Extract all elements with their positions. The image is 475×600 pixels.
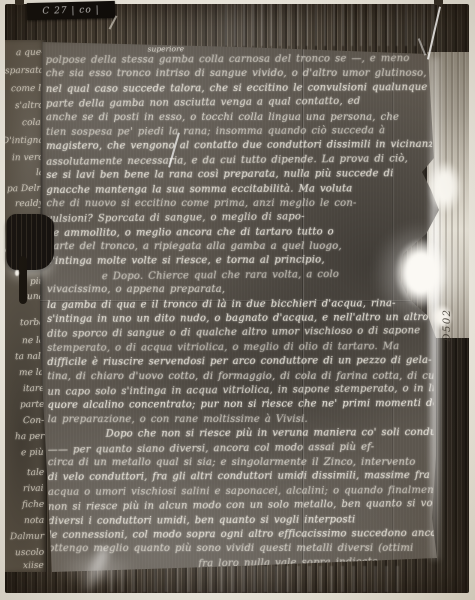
margin-fragment: uscolo (15, 548, 44, 559)
label-scribble: C 27 | co | (42, 5, 100, 16)
margin-fragment: parte (20, 400, 45, 410)
margin-fragment: ta nal. (15, 352, 44, 363)
mat-highlight-bottom (110, 566, 400, 592)
torn-sliver-left (19, 256, 27, 304)
torn-hole-left (6, 214, 54, 270)
margin-fragment: cola- (22, 118, 44, 128)
margin-fragment: come li (11, 84, 44, 95)
mat-highlight-top (225, 4, 440, 46)
manuscript-line: la preparazione, o con rane moltissime à… (48, 413, 434, 428)
margin-fragment: a que- (16, 48, 44, 58)
manuscript-line: circa di un metallo qual si sia; e singo… (48, 456, 434, 471)
tear-flare-upper (428, 160, 462, 214)
border-notch-left (15, 0, 24, 5)
manuscript-line: difficile è riuscire servendosi per arco… (47, 354, 433, 370)
margin-fragment: realdy (15, 199, 44, 209)
margin-fragment: rivai (23, 484, 44, 494)
manuscript-line: che sia esso tronco intriso di sangue vi… (46, 67, 432, 82)
manuscript-line: ne ammollito, o meglio ancora che di tar… (47, 225, 433, 241)
manuscript-photograph: a que- sparsata come li s'altro cola- D'… (0, 0, 475, 600)
border-notch-right (434, 0, 443, 5)
margin-fragment: pa Delri (7, 184, 44, 195)
margin-fragment: Con- (23, 416, 44, 426)
left-margin-strip: a que- sparsata come li s'altro cola- D'… (5, 40, 46, 572)
catalog-number: D502 (424, 307, 470, 343)
margin-fragment: ha per (14, 432, 44, 443)
margin-fragment: Dalmur (10, 532, 44, 543)
flare-dot (15, 270, 19, 276)
margin-fragment: sparsata (5, 66, 44, 77)
manuscript-line: parte della gamba non asciutta venga a q… (46, 94, 432, 112)
margin-fragment: D'intigna (5, 136, 44, 147)
tear-flare-lower (394, 238, 448, 308)
margin-fragment: e più (21, 448, 44, 458)
margin-fragment: nota (24, 516, 44, 526)
margin-fragment: fiche (22, 500, 44, 510)
margin-fragment: tale (27, 468, 44, 478)
manuscript-line: gnacche mantenga la sua somma eccitabili… (46, 182, 432, 198)
margin-fragment: me la (19, 368, 44, 378)
manuscript-line: le connessioni, col modo sopra ogni altr… (48, 527, 434, 543)
margin-fragment: s'altro (15, 101, 44, 111)
margin-fragment: itare (22, 384, 44, 394)
black-label: C 27 | co | (27, 1, 115, 20)
manuscript-line: parte del tronco, a ripiegata alla gamba… (47, 240, 433, 255)
margin-fragment: in vero (12, 153, 44, 164)
manuscript-text: superiore polpose della stessa gamba col… (46, 44, 435, 572)
manuscript-line: quore alcalino concentrato; pur non si r… (47, 397, 433, 413)
margin-fragment: xiise (23, 561, 44, 571)
manuscript-line: anche se di posti in esso, o tocchi coll… (46, 110, 432, 125)
